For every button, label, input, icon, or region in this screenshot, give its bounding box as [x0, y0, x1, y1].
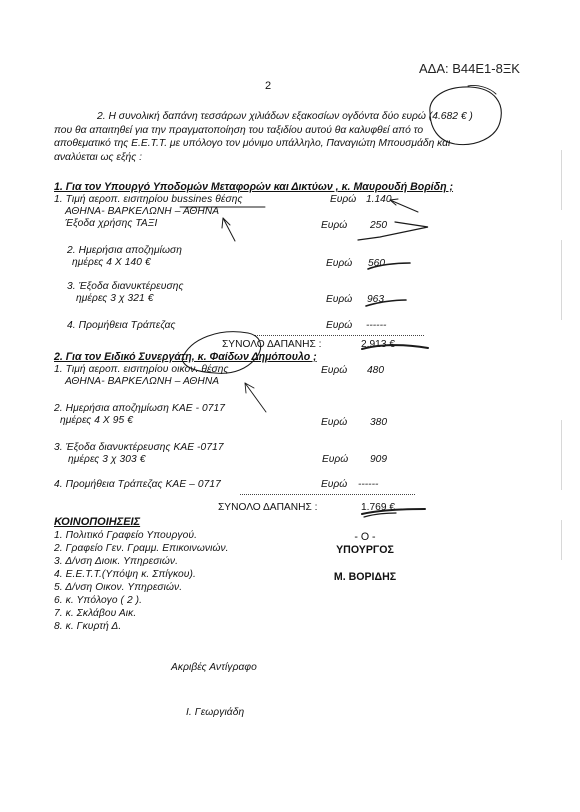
s1-item3-amount: 963	[367, 294, 384, 305]
s2-item3-line1: 3. Έξοδα διανυκτέρευσης ΚΑΕ -0717	[54, 442, 224, 453]
s1-item3-currency: Ευρώ	[326, 294, 352, 305]
arrow-annotation	[390, 200, 418, 212]
arrow-annotation	[245, 383, 266, 412]
s1-item4-currency: Ευρώ	[326, 320, 352, 331]
signature-name: Μ. ΒΟΡΙΔΗΣ	[315, 571, 415, 583]
s1-item1-line1: 1. Τιμή αεροπ. εισιτηρίου bussines θέσης	[54, 194, 243, 205]
s2-item4-currency: Ευρώ	[321, 479, 347, 490]
page-number: 2	[265, 80, 271, 92]
intro-line-4: αναλύεται ως εξής :	[54, 151, 554, 165]
s2-item4-line1: 4. Προμήθεια Τράπεζας ΚΑΕ – 0717	[54, 479, 221, 490]
intro-line-1: 2. Η συνολική δαπάνη τεσσάρων χιλιάδων ε…	[54, 110, 554, 124]
s1-item-taxi-currency: Ευρώ	[321, 220, 347, 231]
section-1-total-divider	[254, 335, 424, 336]
s1-item4-amount: ------	[366, 320, 386, 331]
s2-item1-amount: 480	[367, 365, 384, 376]
signature-article: - Ο -	[330, 531, 400, 543]
distribution-item-6: 6. κ. Υπόλογο ( 2 ).	[54, 595, 142, 606]
intro-line-3: αποθεματικό της Ε.Ε.Τ.Τ. με υπόλογο τον …	[54, 137, 554, 151]
intro-paragraph: 2. Η συνολική δαπάνη τεσσάρων χιλιάδων ε…	[54, 110, 554, 164]
distribution-item-4: 4. Ε.Ε.Τ.Τ.(Υπόψη κ. Σπίγκου).	[54, 569, 196, 580]
section-2-total-label: ΣΥΝΟΛΟ ΔΑΠΑΝΗΣ :	[218, 502, 317, 513]
distribution-item-1: 1. Πολιτικό Γραφείο Υπουργού.	[54, 530, 197, 541]
s2-item1-currency: Ευρώ	[321, 365, 347, 376]
scan-artifact	[561, 240, 562, 320]
section-2-total-divider	[240, 494, 415, 495]
s2-item2-amount: 380	[370, 417, 387, 428]
s2-item3-currency: Ευρώ	[322, 454, 348, 465]
distribution-item-8: 8. κ. Γκυρτή Δ.	[54, 621, 121, 632]
section-1-total-value: 2.913 €	[361, 339, 395, 350]
distribution-item-3: 3. Δ/νση Διοικ. Υπηρεσιών.	[54, 556, 178, 567]
section-2-heading: 2. Για τον Ειδικό Συνεργάτη, κ. Φαίδων Δ…	[54, 351, 317, 363]
scan-artifact	[561, 420, 562, 490]
distribution-item-7: 7. κ. Σκλάβου Αικ.	[54, 608, 136, 619]
s1-item2-currency: Ευρώ	[326, 258, 352, 269]
s2-item4-amount: ------	[358, 479, 378, 490]
s1-item2-line1: 2. Ημερήσια αποζημίωση	[67, 245, 182, 256]
signature-title: ΥΠΟΥΡΓΟΣ	[315, 544, 415, 556]
distribution-heading: ΚΟΙΝΟΠΟΙΗΣΕΙΣ	[54, 516, 140, 528]
s1-item1-currency: Ευρώ	[330, 194, 356, 205]
s1-item-taxi: Έξοδα χρήσης ΤΑΞΙ	[65, 218, 157, 229]
s2-item1-line1: 1. Τιμή αεροπ. εισιτηρίου οικον. θέσης	[54, 364, 229, 375]
s2-item1-line2: ΑΘΗΝΑ- ΒΑΡΚΕΛΩΝΗ – ΑΘΗΝΑ	[65, 376, 219, 387]
s2-item3-amount: 909	[370, 454, 387, 465]
s2-item3-line2: ημέρες 3 χ 303 €	[68, 454, 146, 465]
arrow-annotation	[223, 218, 235, 241]
s2-item2-line2: ημέρες 4 Χ 95 €	[60, 415, 133, 426]
ada-code: ΑΔΑ: Β44Ε1-8ΞΚ	[419, 61, 520, 76]
s1-item1-line2: ΑΘΗΝΑ- ΒΑΡΚΕΛΩΝΗ – ΑΘΗΝΑ	[65, 206, 219, 217]
s1-item2-line2: ημέρες 4 Χ 140 €	[72, 257, 151, 268]
s1-item1-amount: 1.140	[366, 194, 392, 205]
section-2-total-value: 1.769 €	[361, 502, 395, 513]
s1-item4-line1: 4. Προμήθεια Τράπεζας	[67, 320, 176, 331]
s1-item3-line2: ημέρες 3 χ 321 €	[76, 293, 154, 304]
certifier-name: Ι. Γεωργιάδη	[186, 707, 244, 718]
s1-item3-line1: 3. Έξοδα διανυκτέρευσης	[67, 281, 184, 292]
distribution-item-2: 2. Γραφείο Γεν. Γραμμ. Επικοινωνιών.	[54, 543, 229, 554]
certified-copy-label: Ακριβές Αντίγραφο	[171, 662, 257, 673]
intro-line-2: που θα απαιτηθεί για την πραγματοποίηση …	[54, 124, 554, 138]
s2-item2-line1: 2. Ημερήσια αποζημίωση ΚΑΕ - 0717	[54, 403, 225, 414]
scan-artifact	[561, 150, 562, 210]
s2-item2-currency: Ευρώ	[321, 417, 347, 428]
s1-item2-amount: 560	[368, 258, 385, 269]
s1-item-taxi-amount: 250	[370, 220, 387, 231]
distribution-item-5: 5. Δ/νση Οικον. Υπηρεσιών.	[54, 582, 182, 593]
section-1-total-label: ΣΥΝΟΛΟ ΔΑΠΑΝΗΣ :	[222, 339, 321, 350]
scan-artifact	[561, 520, 562, 560]
section-1-heading: 1. Για τον Υπουργό Υποδομών Μεταφορών κα…	[54, 181, 453, 193]
